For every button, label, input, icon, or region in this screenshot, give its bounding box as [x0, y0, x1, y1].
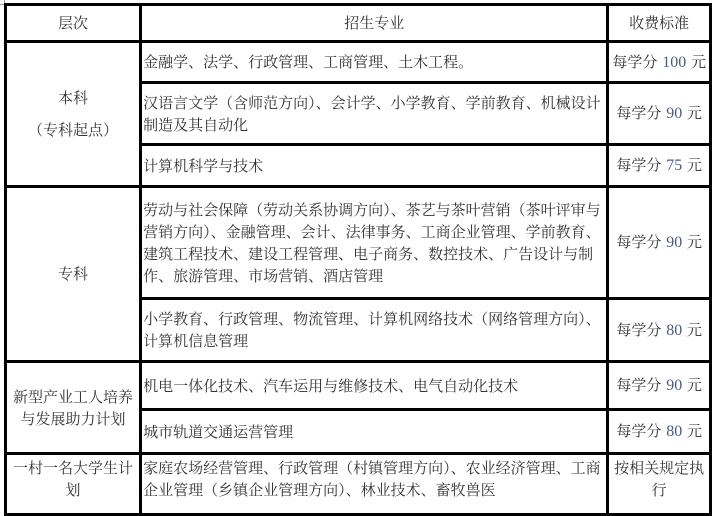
fee-cell: 每学分 90 元 [608, 187, 711, 299]
major-cell: 计算机科学与技术 [141, 145, 608, 187]
major-cell: 金融学、法学、行政管理、工商管理、土木工程。 [141, 42, 608, 83]
level-cell-associate: 专科 [6, 187, 141, 362]
fee-prefix: 每学分 [616, 104, 666, 122]
table-row: 本科 （专科起点） 金融学、法学、行政管理、工商管理、土木工程。 每学分 100… [6, 42, 711, 83]
header-fee: 收费标准 [608, 5, 711, 42]
fee-cell: 每学分 90 元 [608, 83, 711, 145]
fee-prefix: 每学分 [616, 321, 666, 339]
fee-amount: 90 [666, 377, 682, 394]
level-label: 本科 [8, 87, 138, 109]
table-row: 专科 劳动与社会保障（劳动关系协调方向）、茶艺与茶叶营销（茶叶评审与营销方向）、… [6, 187, 711, 299]
header-level: 层次 [6, 5, 141, 42]
fee-suffix: 元 [682, 422, 702, 440]
table-row: 一村一名大学生计划 家庭农场经营管理、行政管理（村镇管理方向）、农业经济管理、工… [6, 454, 711, 515]
fee-cell: 每学分 90 元 [608, 362, 711, 410]
fee-amount: 75 [666, 157, 682, 174]
level-cell-industrial-workers: 新型产业工人培养与发展助力计划 [6, 362, 141, 454]
fee-amount: 80 [666, 423, 682, 440]
fee-suffix: 元 [682, 321, 702, 339]
tuition-fee-table: 层次 招生专业 收费标准 本科 （专科起点） 金融学、法学、行政管理、工商管理、… [4, 3, 712, 516]
major-cell: 机电一体化技术、汽车运用与维修技术、电气自动化技术 [141, 362, 608, 410]
major-cell: 城市轨道交通运营管理 [141, 410, 608, 454]
header-major: 招生专业 [141, 5, 608, 42]
major-cell: 劳动与社会保障（劳动关系协调方向）、茶艺与茶叶营销（茶叶评审与营销方向）、金融管… [141, 187, 608, 299]
fee-cell: 每学分 80 元 [608, 410, 711, 454]
fee-prefix: 每学分 [616, 422, 666, 440]
fee-cell: 每学分 75 元 [608, 145, 711, 187]
fee-amount: 90 [666, 105, 682, 122]
fee-suffix: 元 [682, 233, 702, 251]
fee-cell: 每学分 100 元 [608, 42, 711, 83]
major-cell: 汉语言文学（含师范方向）、会计学、小学教育、学前教育、机械设计制造及其自动化 [141, 83, 608, 145]
level-cell-bachelor: 本科 （专科起点） [6, 42, 141, 187]
major-cell: 家庭农场经营管理、行政管理（村镇管理方向）、农业经济管理、工商企业管理（乡镇企业… [141, 454, 608, 515]
fee-prefix: 每学分 [616, 156, 666, 174]
fee-amount: 90 [666, 234, 682, 251]
fee-amount: 80 [666, 322, 682, 339]
fee-suffix: 元 [682, 156, 702, 174]
fee-prefix: 每学分 [612, 53, 662, 71]
fee-suffix: 元 [686, 53, 706, 71]
fee-amount: 100 [662, 54, 686, 71]
table-row: 新型产业工人培养与发展助力计划 机电一体化技术、汽车运用与维修技术、电气自动化技… [6, 362, 711, 410]
fee-suffix: 元 [682, 376, 702, 394]
level-sublabel: （专科起点） [8, 119, 138, 141]
fee-suffix: 元 [682, 104, 702, 122]
level-cell-village-student: 一村一名大学生计划 [6, 454, 141, 515]
fee-prefix: 每学分 [616, 376, 666, 394]
fee-cell: 每学分 80 元 [608, 299, 711, 362]
fee-cell: 按相关规定执行 [608, 454, 711, 515]
major-cell: 小学教育、行政管理、物流管理、计算机网络技术（网络管理方向）、计算机信息管理 [141, 299, 608, 362]
fee-prefix: 每学分 [616, 233, 666, 251]
table-header-row: 层次 招生专业 收费标准 [6, 5, 711, 42]
